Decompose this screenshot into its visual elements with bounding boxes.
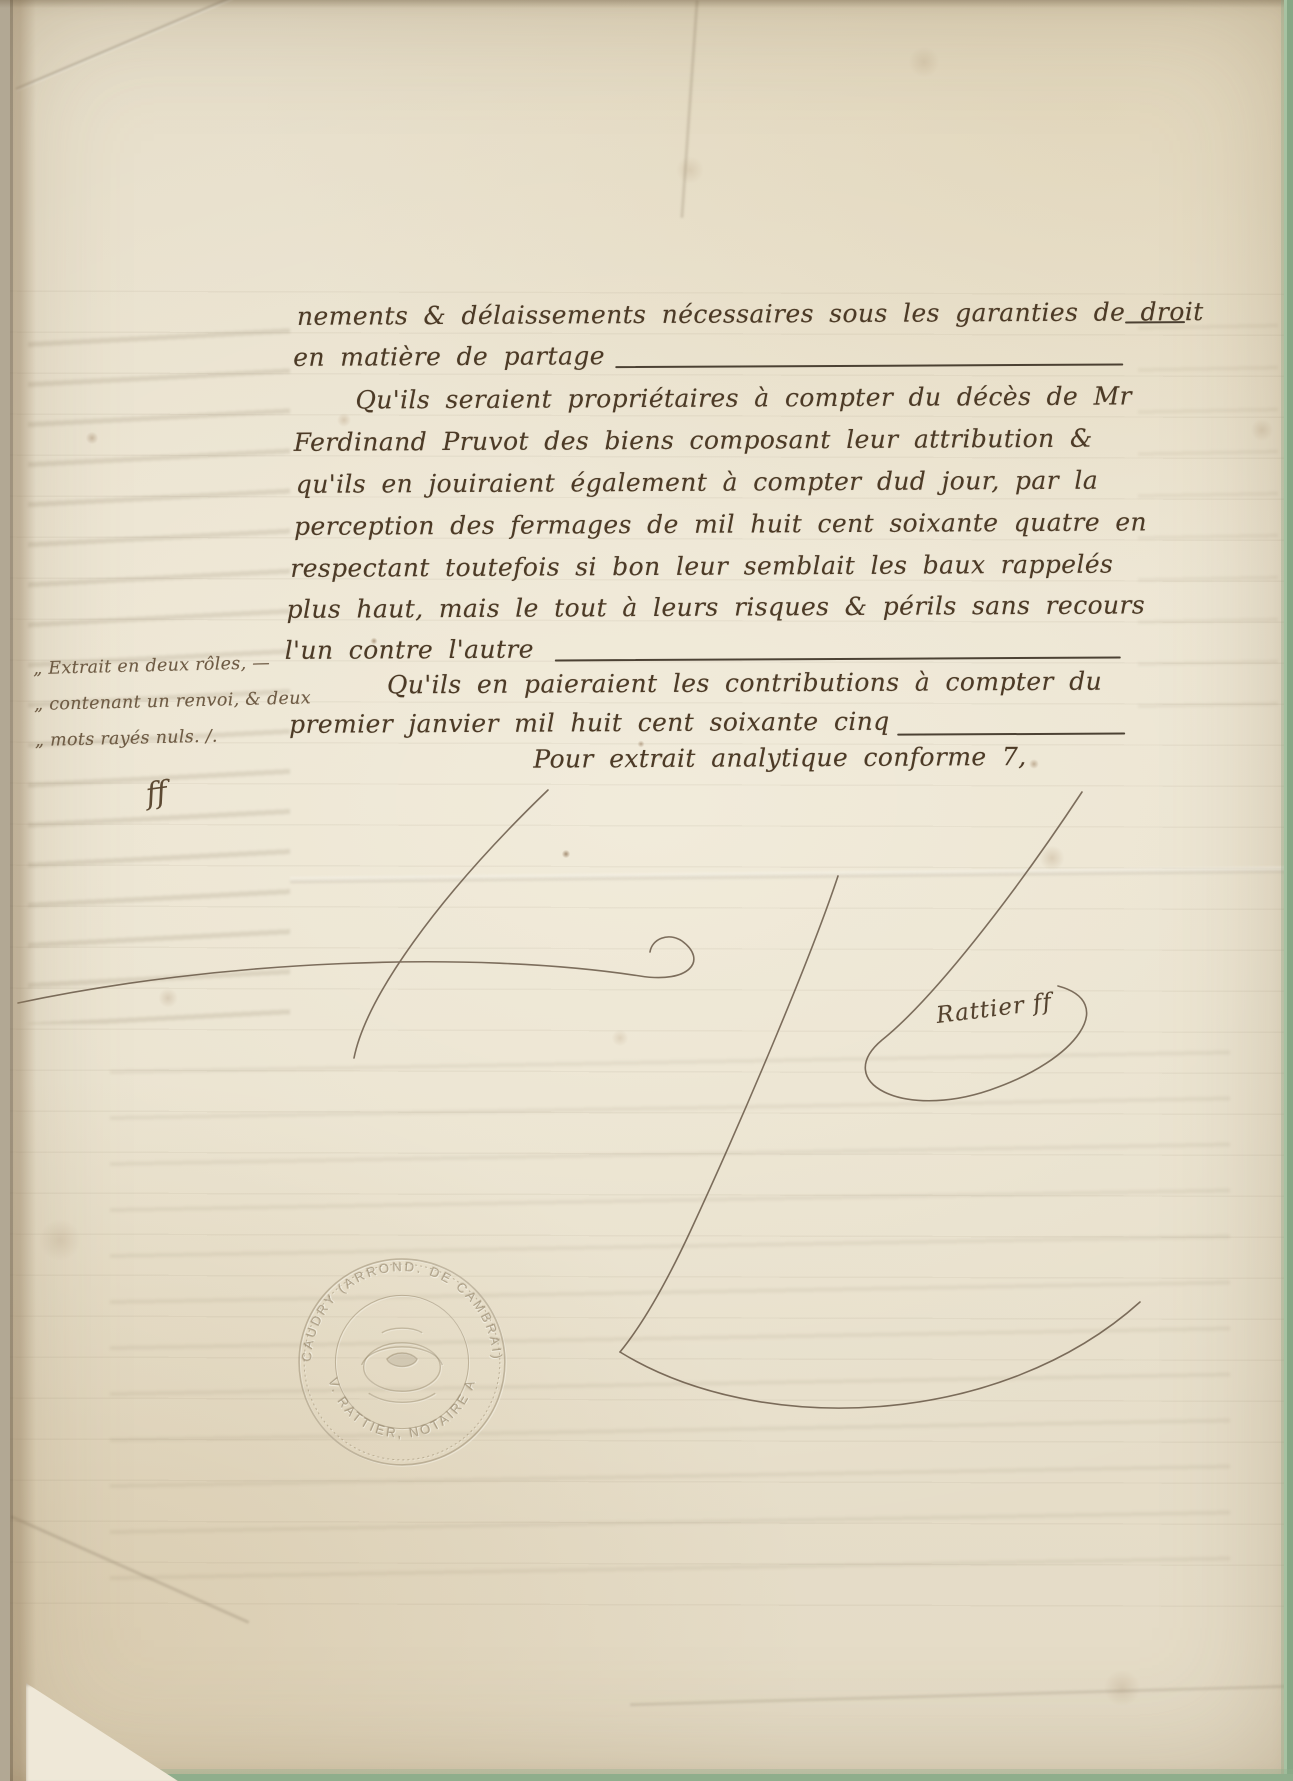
- scanned-document-page: nements & délaissements nécessaires sous…: [0, 0, 1293, 1781]
- green-backing-edge-right: [1281, 0, 1293, 1781]
- paper-edge-shadow-left: [0, 0, 36, 1781]
- paper-edge-shadow-top: [0, 0, 1293, 8]
- seal-eagle-emblem: [362, 1328, 443, 1402]
- green-backing-edge-bottom: [90, 1769, 1293, 1781]
- signature-flourish: [0, 0, 1293, 1781]
- flourish-strokes: [18, 790, 1140, 1408]
- seal-arc-text-bottom: V. RATTIER, NOTAIRE A: [325, 1376, 478, 1441]
- embossed-notary-seal: CAUDRY (ARROND. DE CAMBRAI) V. RATTIER, …: [286, 1246, 518, 1478]
